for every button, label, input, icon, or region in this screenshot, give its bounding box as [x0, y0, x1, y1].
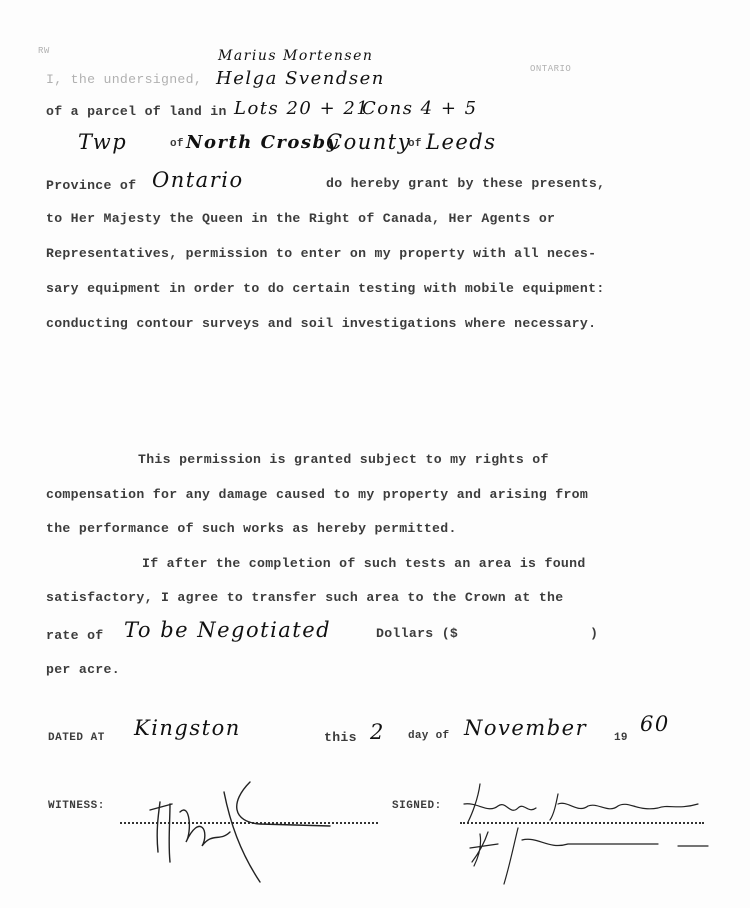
dated-label: DATED AT: [48, 732, 105, 744]
lots-value: Lots 20 + 21: [234, 98, 369, 119]
signer-signature-text-2: H. Svendsen: [480, 840, 503, 841]
compensation-line: This permission is granted subject to my…: [138, 452, 549, 467]
witness-signature: [140, 772, 380, 892]
dated-place: Kingston: [134, 716, 241, 740]
corner-mark: RW: [38, 46, 50, 56]
body-line: conducting contour surveys and soil inve…: [46, 316, 596, 331]
dated-month: November: [464, 716, 587, 740]
county-name: Leeds: [426, 130, 497, 154]
document-page: RW ONTARIO Marius Mortensen I, the under…: [0, 0, 750, 908]
body-line: sary equipment in order to do certain te…: [46, 281, 605, 296]
signed-label: SIGNED:: [392, 800, 442, 812]
owner-name-1: Marius Mortensen: [218, 48, 373, 64]
year-prefix: 19: [614, 732, 628, 744]
dated-year: 60: [640, 712, 670, 736]
province-label: Province of: [46, 178, 136, 193]
parcel-prefix: of a parcel of land in: [46, 104, 227, 119]
ontario-stamp: ONTARIO: [530, 64, 571, 74]
concessions-value: Cons 4 + 5: [362, 98, 478, 119]
body-line: to Her Majesty the Queen in the Right of…: [46, 211, 555, 226]
province-value: Ontario: [152, 168, 244, 192]
township-name: North Crosby: [186, 132, 339, 153]
per-acre: per acre.: [46, 662, 120, 677]
grant-text: do hereby grant by these presents,: [326, 176, 605, 191]
dollars-close: ): [590, 626, 598, 641]
owner-name-2: Helga Svendsen: [216, 68, 385, 89]
transfer-line: If after the completion of such tests an…: [142, 556, 586, 571]
of-label-1: of: [170, 138, 184, 150]
of-label-2: of: [408, 138, 422, 150]
signer-signature-text: Marius Mortensen: [480, 792, 513, 793]
body-line: Representatives, permission to enter on …: [46, 246, 596, 261]
compensation-line: compensation for any damage caused to my…: [46, 487, 588, 502]
day-of-label: day of: [408, 730, 449, 742]
dated-day: 2: [370, 720, 385, 744]
rate-value: To be Negotiated: [124, 618, 331, 642]
this-label: this: [324, 730, 357, 745]
witness-signature-text: F. H. Kingsley: [160, 800, 188, 801]
township-label: Twp: [78, 130, 127, 154]
rate-label: rate of: [46, 628, 104, 643]
transfer-line: satisfactory, I agree to transfer such a…: [46, 590, 563, 605]
witness-label: WITNESS:: [48, 800, 105, 812]
dollars-label: Dollars ($: [376, 626, 458, 641]
compensation-line: the performance of such works as hereby …: [46, 521, 457, 536]
county-label: County: [326, 130, 411, 154]
intro-text: I, the undersigned,: [46, 72, 202, 87]
